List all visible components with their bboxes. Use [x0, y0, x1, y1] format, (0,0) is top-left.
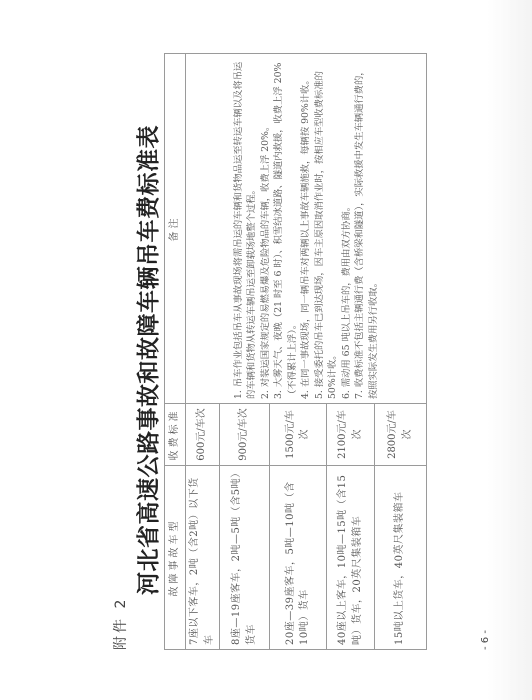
rotated-document-page: 附件 2 河北省高速公路事故和故障车辆吊车费标准表 故障事故车型 收费标准 备注… [60, 40, 500, 680]
note-6: 6. 需动用 65 吨以上吊车的，费用由双方协商。 [340, 58, 353, 399]
note-7: 7. 收费标准不包括主辆通行费（含桥梁和隧道），实际救援中发生车辆通行费的，按照… [353, 58, 380, 399]
notes-cell: 1. 吊车作业包括吊车从事故现场将需吊运的车辆和货物品运至转运车辆以及将吊运的车… [186, 54, 427, 404]
header-fee: 收费标准 [165, 404, 186, 466]
header-vehicle-type: 故障事故车型 [165, 466, 186, 650]
note-4: 4. 在同一事故现场，同一辆吊车对两辆以上事故车辆施救，每辆按 90%计收。 [299, 58, 312, 399]
fee-cell: 2800元/车次 [375, 404, 427, 466]
note-3: 3. 大雾天气、夜晚（21 时至 6 时）、积雪结冰道路、隧道内救援，收费上浮 … [272, 58, 299, 399]
document-title: 河北省高速公路事故和故障车辆吊车费标准表 [130, 110, 163, 610]
page-number: - 6 - [480, 630, 491, 650]
vehicle-type-cell: 15吨以上货车，40英尺集装箱车 [375, 466, 427, 650]
note-2: 2. 对装运国家规定的易燃易爆及危险物品的车辆，收费上浮 20%。 [259, 58, 272, 399]
table-header-row: 故障事故车型 收费标准 备注 [165, 54, 186, 650]
attachment-label: 附件 2 [110, 597, 130, 650]
note-5: 5. 接受委托的吊车已到达现场，因车主原因取消作业时，按相应车型收费标准的 50… [313, 58, 340, 399]
vehicle-type-cell: 7座以下客车，2吨（含2吨）以下货车 [186, 466, 220, 650]
crane-fee-table: 故障事故车型 收费标准 备注 7座以下客车，2吨（含2吨）以下货车 600元/车… [164, 53, 427, 650]
fee-cell: 600元/车次 [186, 404, 220, 466]
vehicle-type-cell: 8座—19座客车，2吨—5吨（含5吨）货车 [220, 466, 270, 650]
vehicle-type-cell: 40座以上客车，10吨—15吨（含15吨）货车，20英尺集装箱车 [327, 466, 375, 650]
vehicle-type-cell: 20座—39座客车，5吨—10吨（含10吨）货车 [270, 466, 327, 650]
note-1: 1. 吊车作业包括吊车从事故现场将需吊运的车辆和货物品运至转运车辆以及将吊运的车… [232, 58, 259, 399]
fee-cell: 2100元/车次 [327, 404, 375, 466]
header-notes: 备注 [165, 54, 186, 404]
fee-cell: 1500元/车次 [270, 404, 327, 466]
table-row: 7座以下客车，2吨（含2吨）以下货车 600元/车次 1. 吊车作业包括吊车从事… [186, 54, 220, 650]
fee-cell: 900元/车次 [220, 404, 270, 466]
